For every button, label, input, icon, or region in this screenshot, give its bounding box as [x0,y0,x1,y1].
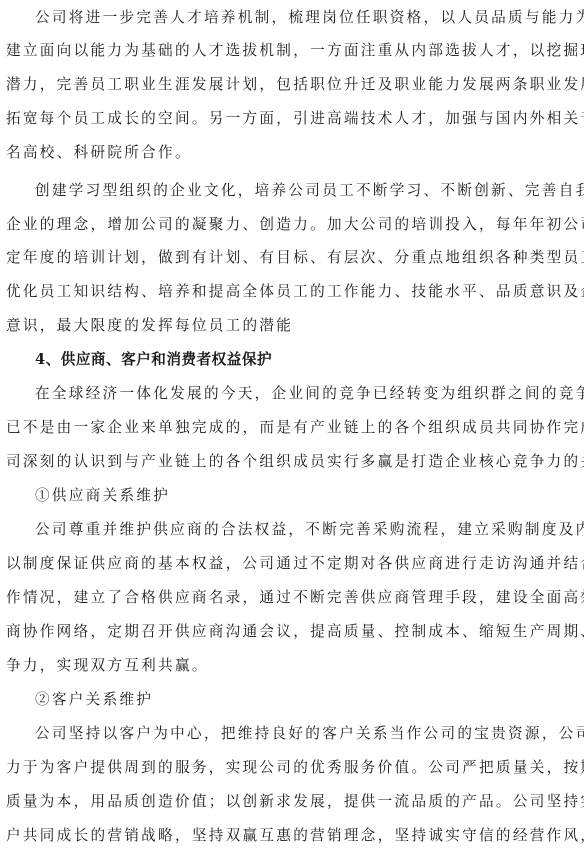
text-line: 力于为客户提供周到的服务，实现公司的优秀服务价值。公司严把质量关，按期交货以 [6,758,578,778]
text-line: 作情况，建立了合格供应商名录，通过不断完善供应商管理手段，建设全面高效的供应 [6,588,578,608]
text-line: 争力，实现双方互利共赢。 [6,656,578,676]
section-heading: 4、供应商、客户和消费者权益保护 [35,350,578,370]
text-line: 公司将进一步完善人才培养机制，梳理岗位任职资格，以人员品质与能力为导向， [35,8,578,28]
text-line: 潜力，完善员工职业生涯发展计划，包括职位升迁及职业能力发展两条职业发展道路， [6,75,578,95]
text-line: 司深刻的认识到与产业链上的各个组织成员实行多赢是打造企业核心竞争力的关键。 [6,452,578,472]
subheading-supplier: ①供应商关系维护 [35,486,578,506]
text-line: 定年度的培训计划，做到有计划、有目标、有层次、分重点地组织各种类型员工培训， [6,248,578,268]
text-line: 创建学习型组织的企业文化，培养公司员工不断学习、不断创新、完善自我、发展 [35,181,578,201]
text-line: 商协作网络，定期召开供应商沟通会议，提高质量、控制成本、缩短生产周期、提升竞 [6,622,578,642]
text-line: 企业的理念，增加公司的凝聚力、创造力。加大公司的培训投入，每年年初公司都会制 [6,215,578,235]
text-line: 拓宽每个员工成长的空间。另一方面，引进高端技术人才，加强与国内外相关专业的知 [6,109,578,129]
text-line: 以制度保证供应商的基本权益，公司通过不定期对各供应商进行走访沟通并结合长期合 [6,554,578,574]
text-line: 已不是由一家企业来单独完成的，而是有产业链上的各个组织成员共同协作完成的。公 [6,418,578,438]
text-line: 户共同成长的营销战略，坚持双赢互惠的营销理念，坚持诚实守信的经营作风，以优秀 [6,826,578,846]
text-line: 名高校、科研院所合作。 [6,143,578,163]
text-line: 优化员工知识结构、培养和提高全体员工的工作能力、技能水平、品质意识及企业文化 [6,282,578,302]
text-line: 质量为本，用品质创造价值；以创新求发展，提供一流品质的产品。公司坚持实施与客 [6,792,578,812]
text-line: 公司坚持以客户为中心，把维持良好的客户关系当作公司的宝贵资源，公司一直致 [35,724,578,744]
text-line: 公司尊重并维护供应商的合法权益，不断完善采购流程，建立采购制度及内控程序， [35,520,578,540]
subheading-customer: ②客户关系维护 [35,690,578,710]
text-line: 建立面向以能力为基础的人才选拔机制，一方面注重从内部选拔人才，以挖掘现有人员 [6,41,578,61]
document-page: 公司将进一步完善人才培养机制，梳理岗位任职资格，以人员品质与能力为导向， 建立面… [0,0,584,852]
text-line: 在全球经济一体化发展的今天，企业间的竞争已经转变为组织群之间的竞争，产品 [35,384,578,404]
text-line: 意识，最大限度的发挥每位员工的潜能 [6,316,578,336]
